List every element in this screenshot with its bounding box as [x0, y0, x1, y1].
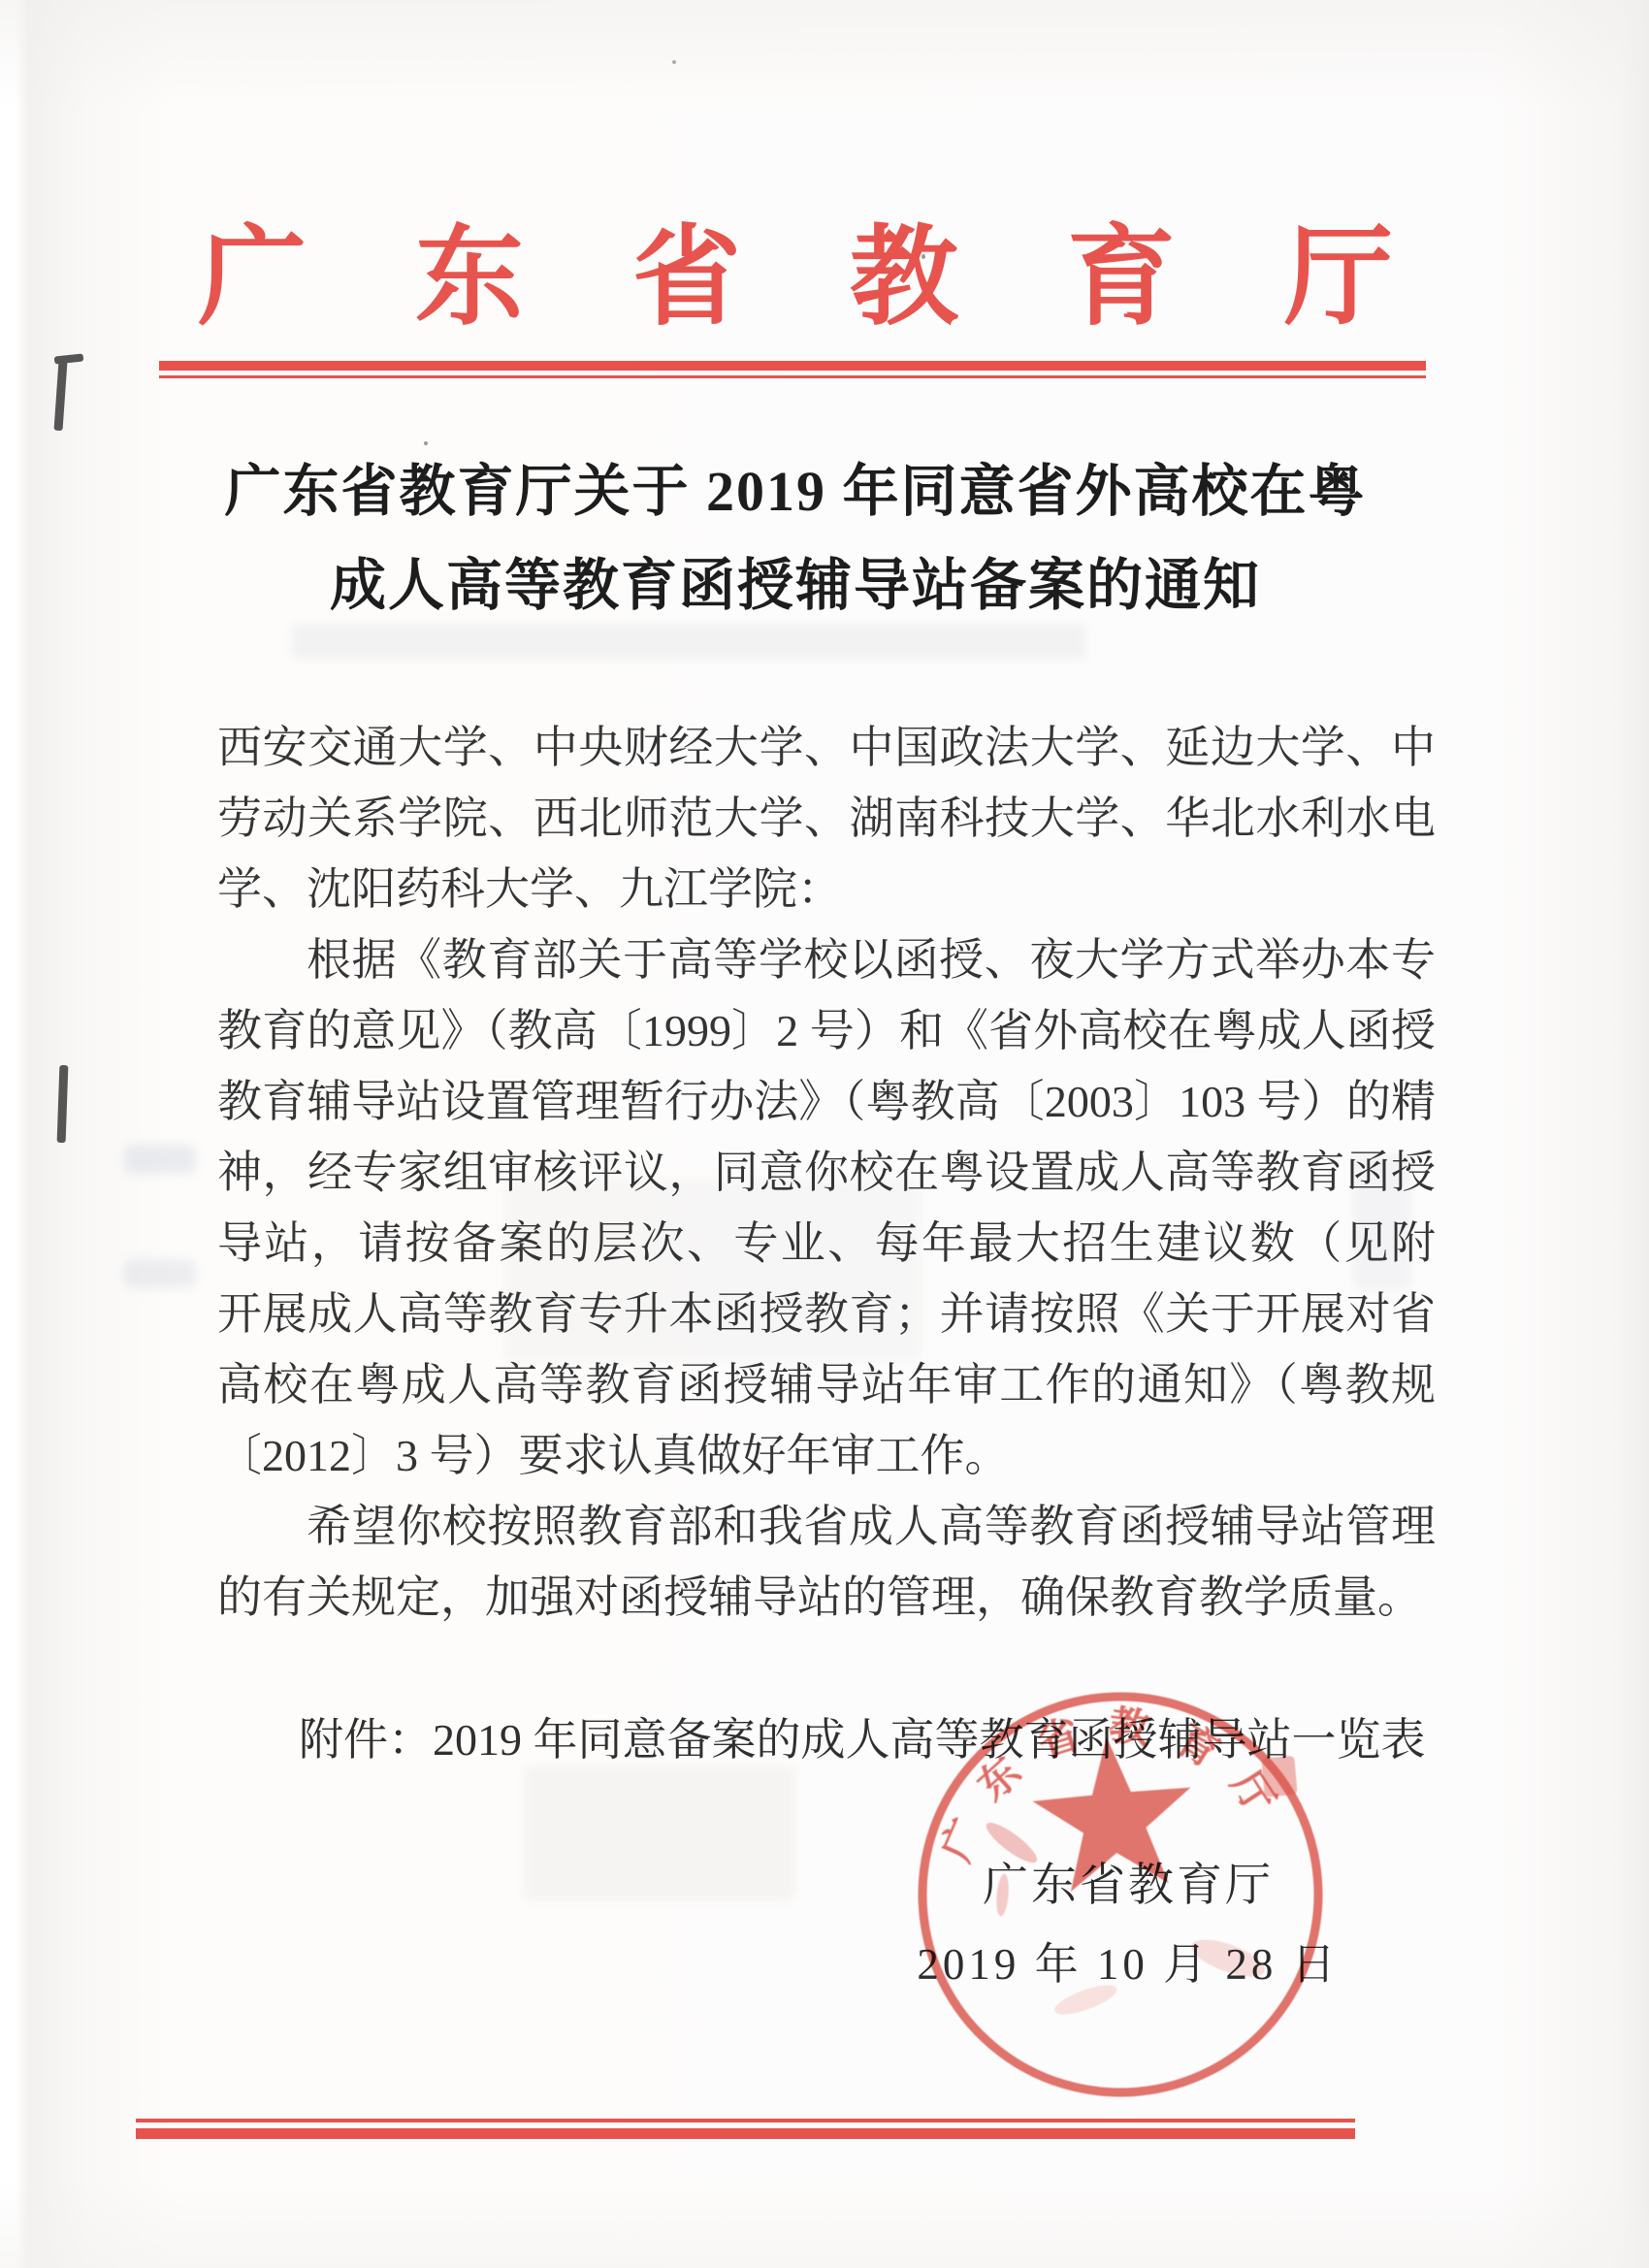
body-line: 的有关规定，加强对函授辅导站的管理，确保教育教学质量。	[217, 1562, 1436, 1633]
document-title-line1: 广东省教育厅关于 2019 年同意省外高校在粤	[0, 444, 1620, 538]
body-line: 西安交通大学、中央财经大学、中国政法大学、延边大学、中国	[217, 712, 1436, 783]
body-line: 〔2012〕3 号）要求认真做好年审工作。	[217, 1420, 1436, 1491]
seal-smudge	[1051, 1979, 1120, 2020]
seal-smudge	[982, 1817, 1042, 1868]
body-line: 根据《教育部关于高等学校以函授、夜大学方式举办本专科	[217, 924, 1436, 995]
scan-speck	[672, 60, 676, 64]
scanned-document-page: 广东省教育厅 广东省教育厅关于 2019 年同意省外高校在粤 成人高等教育函授辅…	[0, 0, 1649, 2268]
bleedthrough-ghost	[524, 1766, 795, 1901]
body-line: 劳动关系学院、西北师范大学、湖南科技大学、华北水利水电大	[217, 783, 1436, 854]
bleedthrough-ghost	[124, 1259, 196, 1288]
seal-smudge	[1187, 1932, 1270, 1985]
body-line: 学、沈阳药科大学、九江学院：	[217, 854, 1436, 924]
body-line: 高校在粤成人高等教育函授辅导站年审工作的通知》（粤教规函	[217, 1349, 1436, 1420]
official-seal: 广东省教育厅	[902, 1676, 1339, 2113]
body-line: 神，经专家组审核评议，同意你校在粤设置成人高等教育函授辅	[217, 1137, 1436, 1208]
letterhead-rule-thick	[159, 361, 1426, 371]
agency-letterhead: 广东省教育厅	[0, 190, 1649, 346]
seal-smudge	[995, 1873, 1011, 1917]
document-body: 西安交通大学、中央财经大学、中国政法大学、延边大学、中国 劳动关系学院、西北师范…	[217, 712, 1436, 1633]
letterhead-rule-thin	[159, 375, 1426, 378]
document-title: 广东省教育厅关于 2019 年同意省外高校在粤 成人高等教育函授辅导站备案的通知	[0, 444, 1620, 632]
body-line: 开展成人高等教育专升本函授教育；并请按照《关于开展对省外	[217, 1279, 1436, 1349]
body-line: 教育的意见》（教高〔1999〕2 号）和《省外高校在粤成人函授	[217, 995, 1436, 1066]
document-title-line2: 成人高等教育函授辅导站备案的通知	[0, 538, 1620, 632]
footer-rule-thick	[136, 2128, 1355, 2139]
body-line: 希望你校按照教育部和我省成人高等教育函授辅导站管理	[217, 1491, 1436, 1562]
footer-rule-thin	[136, 2119, 1355, 2122]
staple-mark	[57, 1065, 69, 1143]
seal-smudge	[1261, 1756, 1297, 1798]
body-line: 导站，请按备案的层次、专业、每年最大招生建议数（见附件）	[217, 1208, 1436, 1279]
body-line: 教育辅导站设置管理暂行办法》（粤教高〔2003〕103 号）的精	[217, 1066, 1436, 1137]
staple-mark	[53, 361, 67, 431]
bleedthrough-ghost	[124, 1145, 196, 1174]
